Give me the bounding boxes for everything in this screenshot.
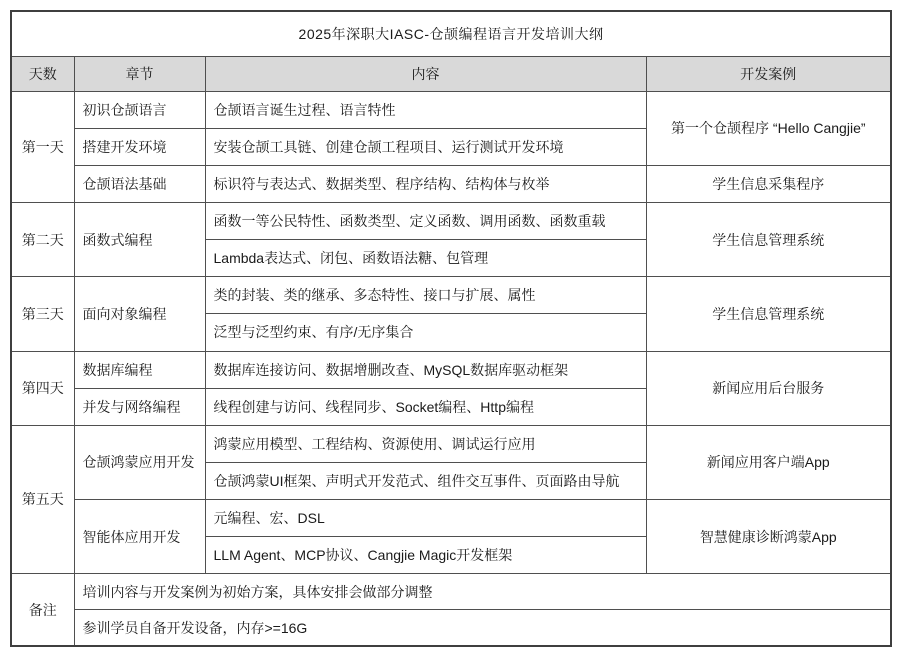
- content-cell: 类的封装、类的继承、多态特性、接口与扩展、属性: [205, 277, 646, 314]
- content-cell: Lambda表达式、闭包、函数语法糖、包管理: [205, 240, 646, 277]
- chapter-cell: 搭建开发环境: [74, 128, 205, 165]
- chapter-cell: 函数式编程: [74, 203, 205, 277]
- day-cell: 第四天: [11, 351, 74, 425]
- case-cell: 智慧健康诊断鸿蒙App: [646, 499, 891, 573]
- case-cell: 第一个仓颉程序 “Hello Cangjie”: [646, 91, 891, 165]
- column-header-content: 内容: [205, 56, 646, 91]
- content-cell: 仓颉鸿蒙UI框架、声明式开发范式、组件交互事件、页面路由导航: [205, 462, 646, 499]
- notes-label-cell: 备注: [11, 574, 74, 646]
- content-cell: 仓颉语言诞生过程、语言特性: [205, 91, 646, 128]
- column-header-days: 天数: [11, 56, 74, 91]
- content-cell: 鸿蒙应用模型、工程结构、资源使用、调试运行应用: [205, 425, 646, 462]
- column-header-chapter: 章节: [74, 56, 205, 91]
- content-cell: LLM Agent、MCP协议、Cangjie Magic开发框架: [205, 537, 646, 574]
- chapter-cell: 初识仓颉语言: [74, 91, 205, 128]
- table-row: 第一天 初识仓颉语言 仓颉语言诞生过程、语言特性 第一个仓颉程序 “Hello …: [11, 91, 891, 128]
- case-cell: 新闻应用客户端App: [646, 425, 891, 499]
- chapter-cell: 智能体应用开发: [74, 499, 205, 573]
- content-cell: 泛型与泛型约束、有序/无序集合: [205, 314, 646, 351]
- content-cell: 数据库连接访问、数据增删改查、MySQL数据库驱动框架: [205, 351, 646, 388]
- table-row: 第四天 数据库编程 数据库连接访问、数据增删改查、MySQL数据库驱动框架 新闻…: [11, 351, 891, 388]
- note-cell: 参训学员自备开发设备，内存>=16G: [74, 610, 891, 646]
- content-cell: 元编程、宏、DSL: [205, 499, 646, 536]
- table-row: 参训学员自备开发设备，内存>=16G: [11, 610, 891, 646]
- document-page: 2025年深职大IASC-仓颉编程语言开发培训大纲 天数 章节 内容 开发案例 …: [0, 0, 900, 657]
- content-cell: 线程创建与访问、线程同步、Socket编程、Http编程: [205, 388, 646, 425]
- content-cell: 标识符与表达式、数据类型、程序结构、结构体与枚举: [205, 165, 646, 202]
- chapter-cell: 仓颉鸿蒙应用开发: [74, 425, 205, 499]
- content-cell: 函数一等公民特性、函数类型、定义函数、调用函数、函数重载: [205, 203, 646, 240]
- day-cell: 第一天: [11, 91, 74, 202]
- day-cell: 第五天: [11, 425, 74, 573]
- note-cell: 培训内容与开发案例为初始方案，具体安排会做部分调整: [74, 574, 891, 610]
- table-row: 第二天 函数式编程 函数一等公民特性、函数类型、定义函数、调用函数、函数重载 学…: [11, 203, 891, 240]
- chapter-cell: 面向对象编程: [74, 277, 205, 351]
- table-title: 2025年深职大IASC-仓颉编程语言开发培训大纲: [11, 11, 891, 56]
- chapter-cell: 并发与网络编程: [74, 388, 205, 425]
- case-cell: 学生信息管理系统: [646, 277, 891, 351]
- content-cell: 安装仓颉工具链、创建仓颉工程项目、运行测试开发环境: [205, 128, 646, 165]
- table-row: 仓颉语法基础 标识符与表达式、数据类型、程序结构、结构体与枚举 学生信息采集程序: [11, 165, 891, 202]
- table-row: 第五天 仓颉鸿蒙应用开发 鸿蒙应用模型、工程结构、资源使用、调试运行应用 新闻应…: [11, 425, 891, 462]
- day-cell: 第二天: [11, 203, 74, 277]
- table-row: 备注 培训内容与开发案例为初始方案，具体安排会做部分调整: [11, 574, 891, 610]
- day-cell: 第三天: [11, 277, 74, 351]
- case-cell: 学生信息采集程序: [646, 165, 891, 202]
- table-row: 智能体应用开发 元编程、宏、DSL 智慧健康诊断鸿蒙App: [11, 499, 891, 536]
- column-header-case: 开发案例: [646, 56, 891, 91]
- case-cell: 学生信息管理系统: [646, 203, 891, 277]
- case-cell: 新闻应用后台服务: [646, 351, 891, 425]
- chapter-cell: 数据库编程: [74, 351, 205, 388]
- table-row: 第三天 面向对象编程 类的封装、类的继承、多态特性、接口与扩展、属性 学生信息管…: [11, 277, 891, 314]
- chapter-cell: 仓颉语法基础: [74, 165, 205, 202]
- training-outline-table: 2025年深职大IASC-仓颉编程语言开发培训大纲 天数 章节 内容 开发案例 …: [10, 10, 892, 647]
